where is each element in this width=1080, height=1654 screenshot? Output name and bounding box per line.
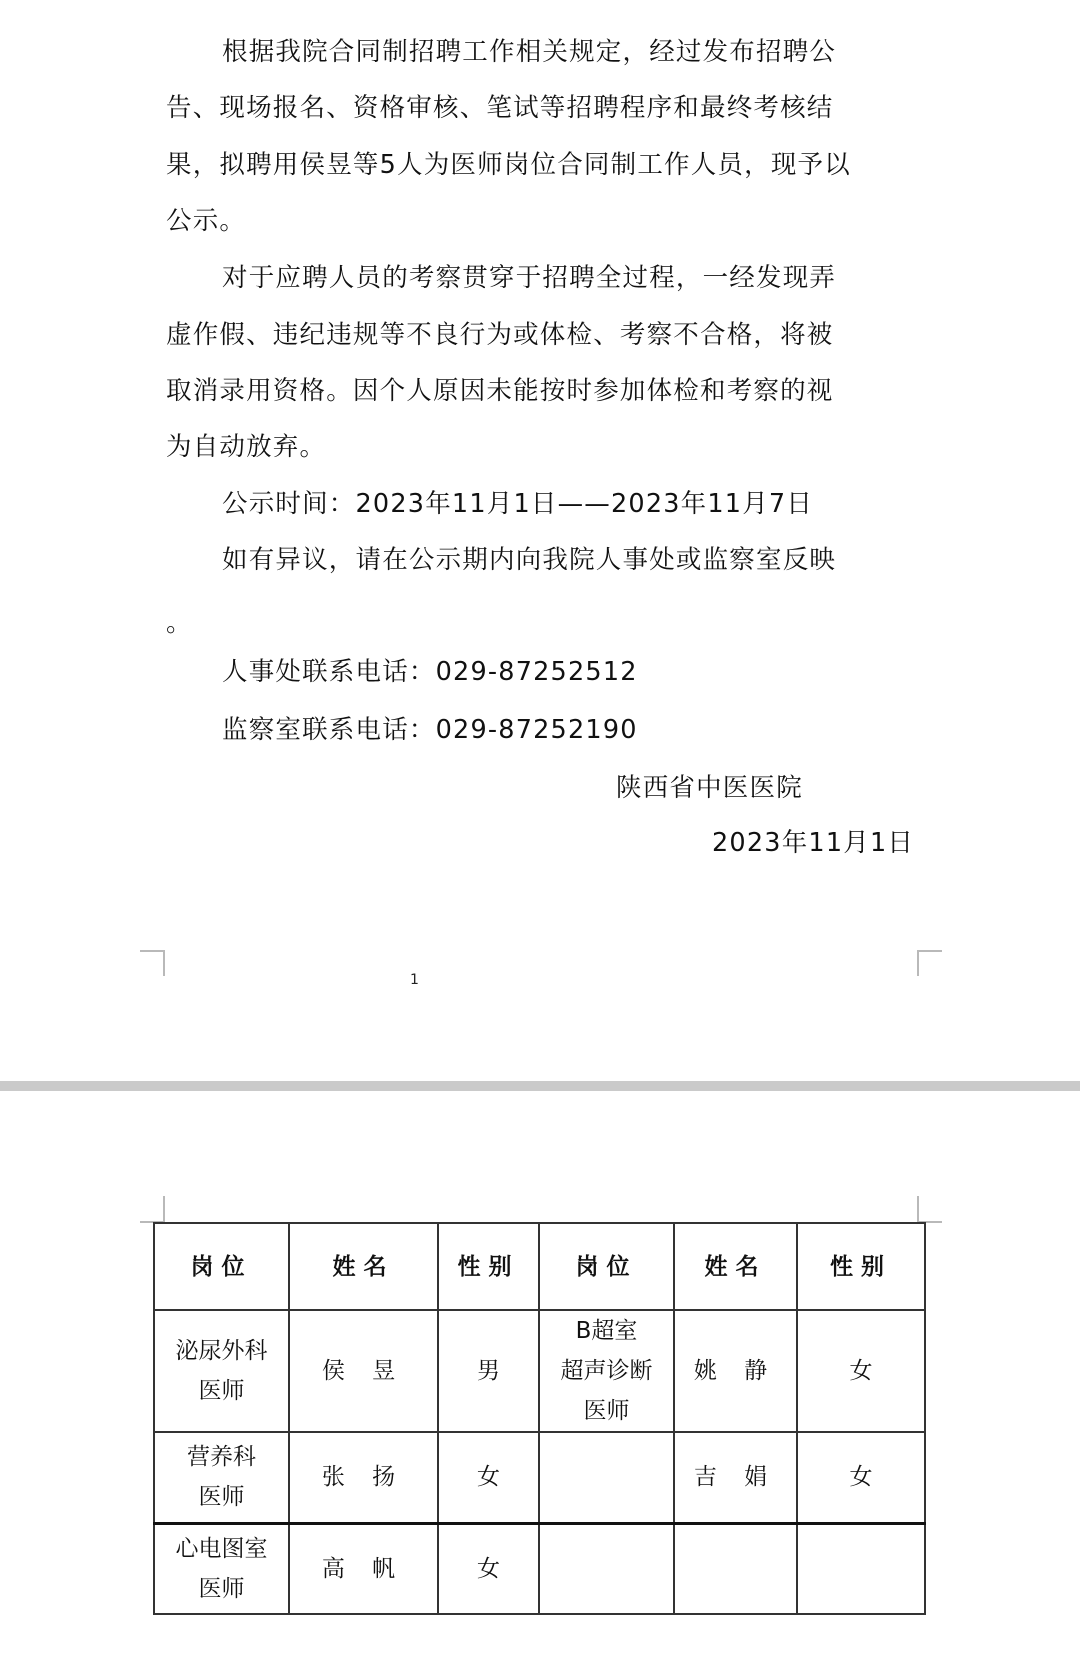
post-cell: 心电图室 医师 [154, 1523, 289, 1614]
hiring-table: 岗位 姓名 性别 岗位 姓名 性别 泌尿外科 医师 侯 昱 男 B超室 超声诊断… [153, 1222, 926, 1615]
paragraph-2-line-2: 虚作假、违纪违规等不良行为或体检、考察不合格，将被 [166, 320, 926, 350]
name-cell: 张 扬 [289, 1432, 438, 1523]
table-header-row: 岗位 姓名 性别 岗位 姓名 性别 [154, 1223, 925, 1310]
hr-phone: 人事处联系电话：029-87252512 [222, 657, 982, 687]
table-row: 营养科 医师 张 扬 女 吉 娟 女 [154, 1432, 925, 1523]
gender-cell: 女 [797, 1432, 925, 1523]
gender-cell: 女 [438, 1432, 539, 1523]
paragraph-1-line-4: 公示。 [166, 206, 926, 236]
header-post: 岗位 [539, 1223, 674, 1310]
gender-cell: 男 [438, 1310, 539, 1432]
paragraph-2-line-3: 取消录用资格。因个人原因未能按时参加体检和考察的视 [166, 376, 926, 406]
page-number: 1 [410, 972, 419, 988]
paragraph-1-line-3: 果，拟聘用侯昱等5人为医师岗位合同制工作人员，现予以 [166, 150, 926, 180]
name-cell: 姚 静 [674, 1310, 797, 1432]
signature: 陕西省中医医院 [616, 773, 803, 803]
paragraph-1-line-2: 告、现场报名、资格审核、笔试等招聘程序和最终考核结 [166, 93, 926, 123]
name-cell [674, 1523, 797, 1614]
supervision-phone: 监察室联系电话：029-87252190 [222, 715, 982, 745]
name-cell: 侯 昱 [289, 1310, 438, 1432]
table-row: 心电图室 医师 高 帆 女 [154, 1523, 925, 1614]
header-gender: 性别 [797, 1223, 925, 1310]
post-cell [539, 1432, 674, 1523]
post-cell: 泌尿外科 医师 [154, 1310, 289, 1432]
header-gender: 性别 [438, 1223, 539, 1310]
table-row: 泌尿外科 医师 侯 昱 男 B超室 超声诊断 医师 姚 静 女 [154, 1310, 925, 1432]
header-name: 姓名 [674, 1223, 797, 1310]
gender-cell: 女 [797, 1310, 925, 1432]
margin-corner-mark [917, 1196, 942, 1223]
post-cell [539, 1523, 674, 1614]
post-cell: B超室 超声诊断 医师 [539, 1310, 674, 1432]
gender-cell: 女 [438, 1523, 539, 1614]
paragraph-2-line-4: 为自动放弃。 [166, 432, 926, 462]
paragraph-2-line-1: 对于应聘人员的考察贯穿于招聘全过程，一经发现弄 [222, 263, 982, 293]
gender-cell [797, 1523, 925, 1614]
page-separator [0, 1081, 1080, 1091]
header-name: 姓名 [289, 1223, 438, 1310]
name-cell: 吉 娟 [674, 1432, 797, 1523]
margin-corner-mark [917, 950, 942, 976]
post-cell: 营养科 医师 [154, 1432, 289, 1523]
objection-text: 如有异议，请在公示期内向我院人事处或监察室反映 [222, 545, 982, 575]
margin-corner-mark [140, 950, 165, 976]
signature-date: 2023年11月1日 [712, 828, 914, 858]
paragraph-1-line-1: 根据我院合同制招聘工作相关规定，经过发布招聘公 [222, 37, 982, 67]
name-cell: 高 帆 [289, 1523, 438, 1614]
notice-period: 公示时间：2023年11月1日——2023年11月7日 [222, 489, 982, 519]
margin-corner-mark [140, 1196, 165, 1223]
objection-tail: 。 [166, 608, 926, 638]
header-post: 岗位 [154, 1223, 289, 1310]
